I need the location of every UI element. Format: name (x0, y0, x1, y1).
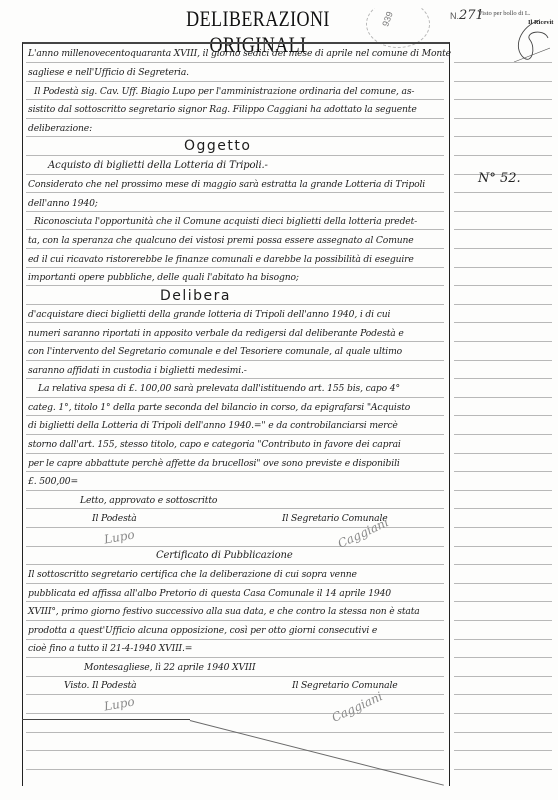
final-signatory-right: Il Segretario Comunale (292, 680, 398, 691)
text-line: saranno affidati in custodia i biglietti… (28, 365, 247, 376)
text-line: cioè fino a tutto il 21-4-1940 XVIII.= (28, 643, 192, 654)
text-line: prodotta a quest'Ufficio alcuna opposizi… (28, 625, 377, 636)
margin-rule-line (454, 769, 552, 770)
rule-line (26, 471, 444, 472)
text-line: Riconosciuta l'opportunità che il Comune… (34, 216, 417, 227)
text-line: Il sottoscritto segretario certifica che… (28, 569, 357, 580)
margin-rule-line (454, 676, 552, 677)
margin-rule-line (454, 62, 552, 63)
rule-line (26, 378, 444, 379)
document-page: DELIBERAZIONI ORIGINALI 939 N.271 Visto … (0, 0, 558, 800)
text-line: XVIII°, primo giorno festivo successivo … (28, 606, 420, 617)
rule-line (26, 676, 444, 677)
margin-rule-line (454, 694, 552, 695)
margin-rule-line (454, 415, 552, 416)
margin-rule-line (454, 620, 552, 621)
text-line: d'acquistare dieci biglietti della grand… (28, 309, 390, 320)
text-line: £. 500,00= (28, 476, 78, 487)
margin-rule-line (454, 304, 552, 305)
margin-rule-line (454, 81, 552, 82)
text-line: ed il cui ricavato ristorerebbe le finan… (28, 254, 414, 265)
text-line: sagliese e nell'Ufficio di Segreteria. (28, 67, 189, 78)
margin-rule-line (454, 248, 552, 249)
rule-line (26, 81, 444, 82)
margin-rule-line (454, 657, 552, 658)
margin-rule-line (454, 732, 552, 733)
text-line: L'anno millenovecentoquaranta XVIII, il … (28, 48, 451, 59)
text-line: categ. 1°, titolo 1° della parte seconda… (28, 402, 410, 413)
rule-line (26, 620, 444, 621)
margin-rule-line (454, 508, 552, 509)
text-line: sistito dal sottoscritto segretario sign… (28, 104, 417, 115)
rule-line (26, 415, 444, 416)
rule-line (26, 564, 444, 565)
margin-rule-line (454, 211, 552, 212)
margin-rule-line (454, 397, 552, 398)
margin-rule-line (454, 713, 552, 714)
rule-line (26, 434, 444, 435)
margin-rule-line (454, 99, 552, 100)
rule-line (26, 304, 444, 305)
margin-rule-line (454, 192, 552, 193)
rule-line (26, 267, 444, 268)
subject-text: Acquisto di biglietti della Lotteria di … (48, 160, 268, 171)
rule-line (26, 285, 444, 286)
stamp-note: Visto per bollo di L. (478, 10, 531, 17)
text-line: Considerato che nel prossimo mese di mag… (28, 179, 425, 190)
rule-line (26, 341, 444, 342)
margin-rule-line (454, 453, 552, 454)
margin-rule-line (454, 378, 552, 379)
rule-line (26, 62, 444, 63)
rule-line (26, 174, 444, 175)
rule-line (26, 453, 444, 454)
text-line: deliberazione: (28, 123, 92, 134)
margin-rule-line (454, 583, 552, 584)
margin-rule-line (454, 750, 552, 751)
registry-entry-number: N° 52. (478, 171, 521, 186)
margin-rule-line (454, 360, 552, 361)
margin-rule-line (454, 564, 552, 565)
subject-heading: Oggetto (184, 138, 251, 154)
rule-line (26, 657, 444, 658)
rule-line (26, 248, 444, 249)
rule-line (26, 211, 444, 212)
rule-line (26, 322, 444, 323)
rule-line (26, 601, 444, 602)
rule-line (26, 639, 444, 640)
text-line: con l'intervento del Segretario comunale… (28, 346, 402, 357)
margin-rule-line (454, 341, 552, 342)
text-line: La relativa spesa di £. 100,00 sarà prel… (38, 383, 400, 394)
margin-rule-line (454, 546, 552, 547)
margin-rule-line (454, 490, 552, 491)
text-line: dell'anno 1940; (28, 198, 98, 209)
rule-line (26, 397, 444, 398)
rule-line (26, 508, 444, 509)
rule-line (26, 136, 444, 137)
margin-rule-line (454, 471, 552, 472)
margin-rule-line (454, 434, 552, 435)
margin-rule-line (454, 267, 552, 268)
certificate-heading: Certificato di Pubblicazione (156, 550, 293, 561)
decision-heading: Delibera (160, 288, 231, 304)
margin-rule-line (454, 285, 552, 286)
closing-text: Letto, approvato e sottoscritto (80, 495, 217, 506)
text-line: ta, con la speranza che qualcuno dei vis… (28, 235, 414, 246)
margin-column (449, 42, 553, 784)
text-line: Il Podestà sig. Cav. Uff. Biagio Lupo pe… (34, 86, 414, 97)
rule-line (26, 155, 444, 156)
rule-line (26, 583, 444, 584)
rule-line (26, 490, 444, 491)
margin-rule-line (454, 118, 552, 119)
round-stamp (366, 0, 430, 48)
rule-line (26, 99, 444, 100)
margin-rule-line (454, 601, 552, 602)
text-line: numeri saranno riportati in apposito ver… (28, 328, 404, 339)
rule-line (26, 360, 444, 361)
margin-rule-line (454, 527, 552, 528)
margin-rule-line (454, 155, 552, 156)
text-line: storno dall'art. 155, stesso titolo, cap… (28, 439, 401, 450)
rule-line (26, 546, 444, 547)
text-line: per le capre abbattute perchè affette da… (28, 458, 400, 469)
rule-line (26, 229, 444, 230)
margin-rule-line (454, 136, 552, 137)
end-rule (22, 719, 190, 720)
registry-prefix: N. (450, 11, 459, 21)
margin-rule-line (454, 229, 552, 230)
rule-line (26, 118, 444, 119)
place-date: Montesagliese, lì 22 aprile 1940 XVIII (84, 662, 255, 673)
rule-line (26, 192, 444, 193)
text-line: pubblicata ed affissa all'albo Pretorio … (28, 588, 391, 599)
rule-line (26, 713, 444, 714)
rule-line (26, 750, 444, 751)
margin-rule-line (454, 322, 552, 323)
text-line: importanti opere pubbliche, delle quali … (28, 272, 299, 283)
final-signatory-left: Visto. Il Podestà (64, 680, 137, 691)
signatory-left: Il Podestà (92, 513, 137, 524)
text-line: di biglietti della Lotteria di Tripoli d… (28, 420, 398, 431)
margin-rule-line (454, 639, 552, 640)
